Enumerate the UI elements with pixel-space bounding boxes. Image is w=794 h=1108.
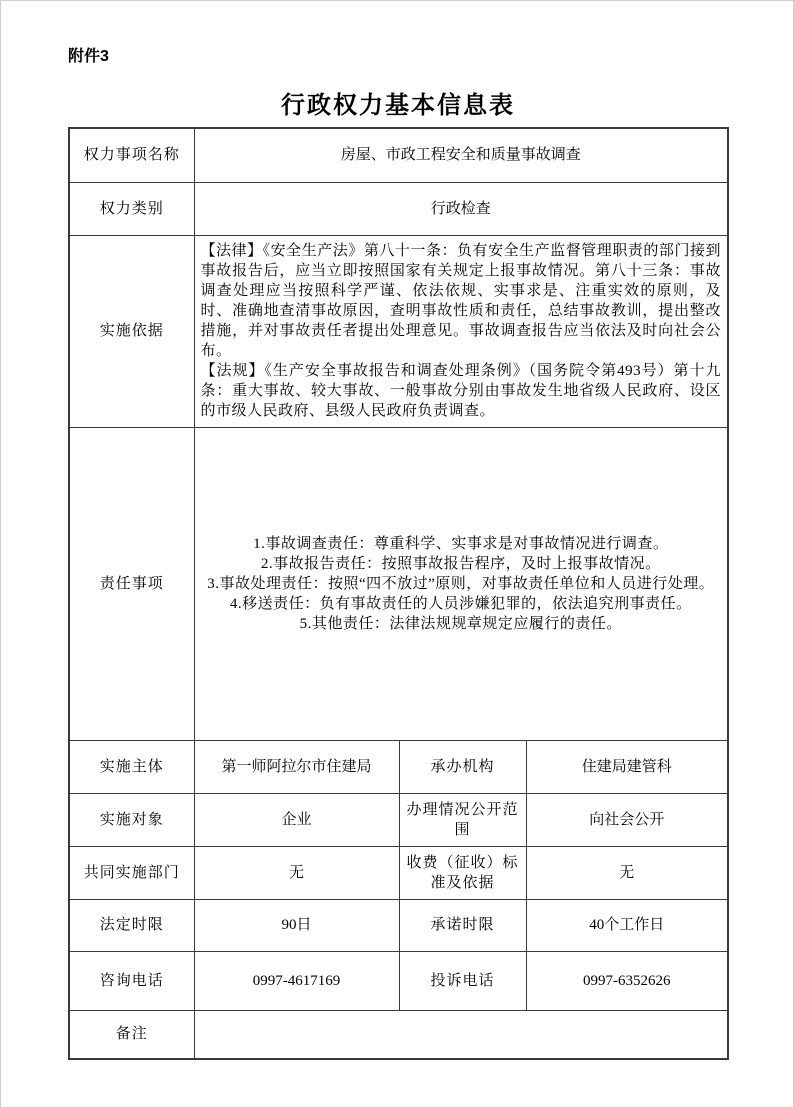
legal-limit-label: 法定时限 xyxy=(69,899,194,951)
page-title: 行政权力基本信息表 xyxy=(1,85,794,120)
table-row: 法定时限 90日 承诺时限 40个工作日 xyxy=(69,899,728,951)
fee-standard-label: 收费（征收）标准及依据 xyxy=(399,846,526,899)
table-row: 权力类别 行政检查 xyxy=(69,182,728,235)
complaint-phone-value: 0997-6352626 xyxy=(526,951,728,1010)
attachment-label: 附件3 xyxy=(68,43,109,66)
remark-label: 备注 xyxy=(69,1010,194,1059)
duty-line: 3.事故处理责任：按照“四不放过”原则，对事故责任单位和人员进行处理。 xyxy=(201,574,722,594)
power-category-value: 行政检查 xyxy=(194,182,728,235)
duty-label: 责任事项 xyxy=(69,427,194,740)
basis-label: 实施依据 xyxy=(69,235,194,427)
consult-phone-value: 0997-4617169 xyxy=(194,951,399,1010)
power-category-label: 权力类别 xyxy=(69,182,194,235)
duty-line: 5.其他责任：法律法规规章规定应履行的责任。 xyxy=(201,614,722,634)
promise-limit-value: 40个工作日 xyxy=(526,899,728,951)
document-page: 附件3 行政权力基本信息表 权力事项名称 房屋、市政工程安全和质量事故调查 权力… xyxy=(0,0,794,1108)
table-row: 实施对象 企业 办理情况公开范围 向社会公开 xyxy=(69,793,728,846)
joint-dept-value: 无 xyxy=(194,846,399,899)
target-label: 实施对象 xyxy=(69,793,194,846)
duty-line: 4.移送责任：负有事故责任的人员涉嫌犯罪的，依法追究刑事责任。 xyxy=(201,594,722,614)
joint-dept-label: 共同实施部门 xyxy=(69,846,194,899)
table-row: 责任事项 1.事故调查责任：尊重科学、实事求是对事故情况进行调查。 2.事故报告… xyxy=(69,427,728,740)
table-row: 共同实施部门 无 收费（征收）标准及依据 无 xyxy=(69,846,728,899)
legal-limit-value: 90日 xyxy=(194,899,399,951)
target-value: 企业 xyxy=(194,793,399,846)
table-row: 实施依据 【法律】《安全生产法》第八十一条：负有安全生产监督管理职责的部门接到事… xyxy=(69,235,728,427)
duty-line: 2.事故报告责任：按照事故报告程序，及时上报事故情况。 xyxy=(201,554,722,574)
complaint-phone-label: 投诉电话 xyxy=(399,951,526,1010)
power-name-label: 权力事项名称 xyxy=(69,128,194,182)
agency-label: 承办机构 xyxy=(399,740,526,793)
table-row: 实施主体 第一师阿拉尔市住建局 承办机构 住建局建管科 xyxy=(69,740,728,793)
basis-content: 【法律】《安全生产法》第八十一条：负有安全生产监督管理职责的部门接到事故报告后，… xyxy=(194,235,728,427)
duty-line: 1.事故调查责任：尊重科学、实事求是对事故情况进行调查。 xyxy=(201,534,722,554)
disclosure-scope-value: 向社会公开 xyxy=(526,793,728,846)
fee-standard-value: 无 xyxy=(526,846,728,899)
promise-limit-label: 承诺时限 xyxy=(399,899,526,951)
info-table: 权力事项名称 房屋、市政工程安全和质量事故调查 权力类别 行政检查 实施依据 【… xyxy=(68,127,729,1060)
table-row: 咨询电话 0997-4617169 投诉电话 0997-6352626 xyxy=(69,951,728,1010)
subject-label: 实施主体 xyxy=(69,740,194,793)
table-row: 备注 xyxy=(69,1010,728,1059)
consult-phone-label: 咨询电话 xyxy=(69,951,194,1010)
basis-paragraph-law: 【法律】《安全生产法》第八十一条：负有安全生产监督管理职责的部门接到事故报告后，… xyxy=(201,241,722,361)
basis-paragraph-regulation: 【法规】《生产安全事故报告和调查处理条例》（国务院令第493号）第十九条：重大事… xyxy=(201,361,722,421)
remark-value xyxy=(194,1010,728,1059)
agency-value: 住建局建管科 xyxy=(526,740,728,793)
disclosure-scope-label: 办理情况公开范围 xyxy=(399,793,526,846)
power-name-value: 房屋、市政工程安全和质量事故调查 xyxy=(194,128,728,182)
duty-content: 1.事故调查责任：尊重科学、实事求是对事故情况进行调查。 2.事故报告责任：按照… xyxy=(194,427,728,740)
table-row: 权力事项名称 房屋、市政工程安全和质量事故调查 xyxy=(69,128,728,182)
subject-value: 第一师阿拉尔市住建局 xyxy=(194,740,399,793)
